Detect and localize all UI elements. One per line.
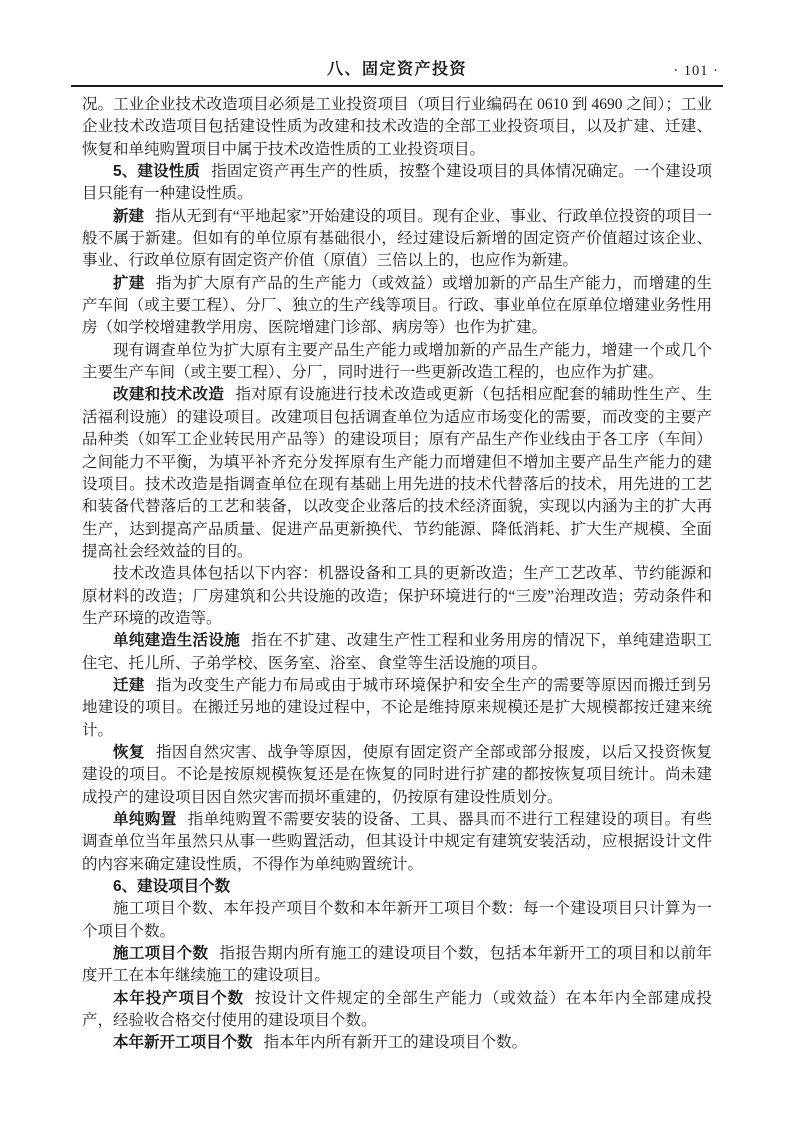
term-label: 改建和技术改造: [113, 386, 224, 403]
para-text: 指为扩大原有产品的生产能力（或效益）或增加新的产品生产能力，而增建的生产车间（或…: [82, 275, 712, 337]
term-label: 单纯购置: [113, 811, 177, 828]
heading-6-project-count: 6、建设项目个数: [82, 876, 712, 898]
term-label: 本年投产项目个数: [113, 990, 244, 1007]
para-newly-started-count: 本年新开工项目个数指本年内所有新开工的建设项目个数。: [82, 1032, 712, 1054]
para-text: 况。工业企业技术改造项目必须是工业投资项目（项目行业编码在 0610 到 469…: [82, 96, 712, 158]
para-text: 指从无到有“平地起家”开始建设的项目。现有企业、事业、行政单位投资的项目一般不属…: [82, 208, 712, 270]
para-new-construction: 新建指从无到有“平地起家”开始建设的项目。现有企业、事业、行政单位投资的项目一般…: [82, 206, 712, 273]
term-label: 扩建: [113, 275, 145, 292]
para-living-facilities-only: 单纯建造生活设施指在不扩建、改建生产性工程和业务用房的情况下，单纯建造职工住宅、…: [82, 630, 712, 675]
para-under-construction-count: 施工项目个数指报告期内所有施工的建设项目个数，包括本年新开工的项目和以前年度开工…: [82, 943, 712, 988]
page-header: 八、固定资产投资 · 101 ·: [71, 61, 723, 87]
para-pure-purchase: 单纯购置指单纯购置不需要安装的设备、工具、器具而不进行工程建设的项目。有些调查单…: [82, 809, 712, 876]
para-continuation: 况。工业企业技术改造项目必须是工业投资项目（项目行业编码在 0610 到 469…: [82, 94, 712, 161]
para-text: 指因自然灾害、战争等原因，使原有固定资产全部或部分报废，以后又投资恢复建设的项目…: [82, 744, 712, 806]
para-text: 技术改造具体包括以下内容：机器设备和工具的更新改造；生产工艺改革、节约能源和原材…: [82, 565, 712, 627]
term-label: 恢复: [113, 744, 145, 761]
term-label: 6、建设项目个数: [113, 878, 230, 895]
para-5-construction-nature: 5、建设性质指固定资产再生产的性质，按整个建设项目的具体情况确定。一个建设项目只…: [82, 161, 712, 206]
page-number: · 101 ·: [673, 62, 719, 80]
term-label: 5、建设性质: [113, 163, 200, 180]
para-text: 施工项目个数、本年投产项目个数和本年新开工项目个数：每一个建设项目只计算为一个项…: [82, 900, 712, 939]
para-put-into-operation-count: 本年投产项目个数按设计文件规定的全部生产能力（或效益）在本年内全部建成投产，经验…: [82, 988, 712, 1033]
para-project-count-intro: 施工项目个数、本年投产项目个数和本年新开工项目个数：每一个建设项目只计算为一个项…: [82, 898, 712, 943]
para-tech-transform-contents: 技术改造具体包括以下内容：机器设备和工具的更新改造；生产工艺改革、节约能源和原材…: [82, 563, 712, 630]
chapter-title: 八、固定资产投资: [71, 61, 723, 79]
para-rebuild-and-tech-transform: 改建和技术改造指对原有设施进行技术改造或更新（包括相应配套的辅助性生产、生活福利…: [82, 384, 712, 563]
term-label: 单纯建造生活设施: [113, 632, 240, 649]
para-text: 现有调查单位为扩大原有主要产品生产能力或增加新的产品生产能力，增建一个或几个主要…: [82, 342, 712, 381]
para-text: 指对原有设施进行技术改造或更新（包括相应配套的辅助性生产、生活福利设施）的建设项…: [82, 386, 712, 559]
document-page: 八、固定资产投资 · 101 · 况。工业企业技术改造项目必须是工业投资项目（项…: [0, 0, 793, 1122]
para-restoration: 恢复指因自然灾害、战争等原因，使原有固定资产全部或部分报废，以后又投资恢复建设的…: [82, 742, 712, 809]
para-text: 指本年内所有新开工的建设项目个数。: [264, 1034, 528, 1051]
term-label: 新建: [113, 208, 144, 225]
term-label: 施工项目个数: [113, 945, 208, 962]
para-relocation: 迁建指为改变生产能力布局或由于城市环境保护和安全生产的需要等原因而搬迁到另地建设…: [82, 675, 712, 742]
term-label: 迁建: [113, 677, 145, 694]
document-body: 况。工业企业技术改造项目必须是工业投资项目（项目行业编码在 0610 到 469…: [82, 94, 712, 1055]
para-expansion-note: 现有调查单位为扩大原有主要产品生产能力或增加新的产品生产能力，增建一个或几个主要…: [82, 340, 712, 385]
para-text: 指为改变生产能力布局或由于城市环境保护和安全生产的需要等原因而搬迁到另地建设的项…: [82, 677, 712, 739]
para-expansion: 扩建指为扩大原有产品的生产能力（或效益）或增加新的产品生产能力，而增建的生产车间…: [82, 273, 712, 340]
term-label: 本年新开工项目个数: [113, 1034, 253, 1051]
